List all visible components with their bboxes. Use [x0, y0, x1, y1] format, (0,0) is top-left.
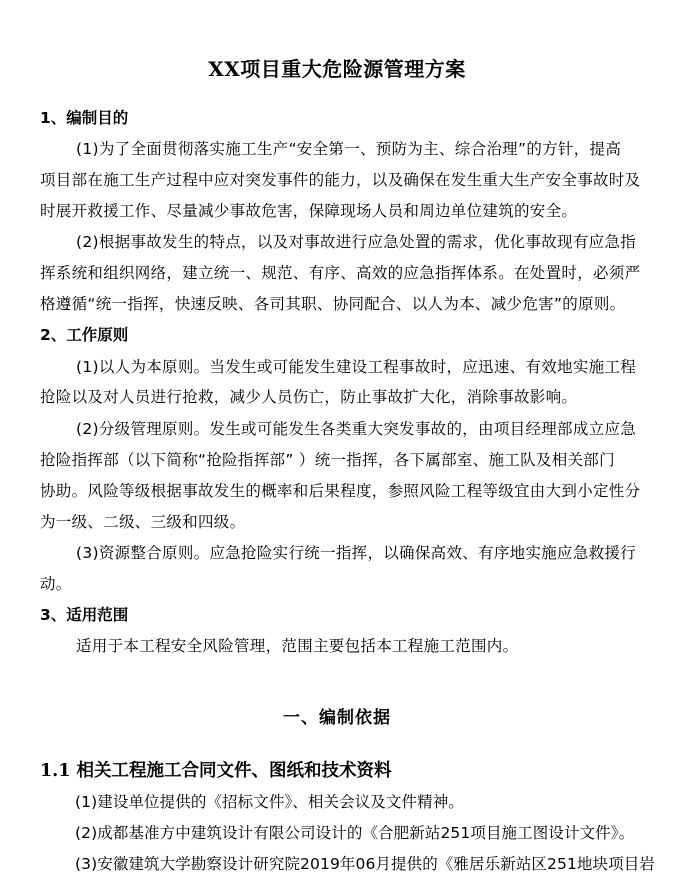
paragraph-line: 适用于本工程安全风险管理，范围主要包括本工程施工范围内。 [76, 634, 518, 656]
chapter-title: 一、编制依据 [0, 703, 674, 728]
paragraph-line: (3)资源整合原则。应急抢险实行统一指挥，以确保高效、有序地实施应急救援行 [76, 541, 636, 563]
subsection-heading: 1.1 相关工程施工合同文件、图纸和技术资料 [40, 757, 392, 782]
paragraph-line: 格遵循“统一指挥，快速反映、各司其职、协同配合、以人为本、减少危害”的原则。 [40, 292, 625, 314]
section-heading-purpose: 1、编制目的 [40, 106, 128, 128]
paragraph-line: 项目部在施工生产过程中应对突发事件的能力，以及确保在发生重大生产安全事故时及 [40, 168, 640, 190]
list-item: (1)建设单位提供的《招标文件》、相关会议及文件精神。 [75, 790, 464, 812]
paragraph-line: 抢险指挥部（以下简称“抢险指挥部” ）统一指挥，各下属部室、施工队及相关部门 [40, 448, 615, 470]
list-item: (3)安徽建筑大学勘察设计研究院2019年06月提供的《雅居乐新站区251地块项… [75, 852, 655, 874]
paragraph-line: (1)为了全面贯彻落实施工生产“安全第一、预防为主、综合治理”的方针，提高 [76, 137, 621, 159]
paragraph-line: (1)以人为本原则。当发生或可能发生建设工程事故时，应迅速、有效地实施工程 [76, 355, 636, 377]
paragraph-line: (2)根据事故发生的特点，以及对事故进行应急处置的需求，优化事故现有应急指 [76, 230, 636, 252]
document-title: XX项目重大危险源管理方案 [0, 53, 674, 82]
paragraph-line: 协助。风险等级根据事故发生的概率和后果程度，参照风险工程等级宜由大到小定性分 [40, 479, 640, 501]
section-heading-principles: 2、工作原则 [40, 323, 128, 345]
paragraph-line: 抢险以及对人员进行抢救，减少人员伤亡，防止事故扩大化，消除事故影响。 [40, 385, 577, 407]
paragraph-line: 挥系统和组织网络，建立统一、规范、有序、高效的应急指挥体系。在处置时，必须严 [40, 261, 640, 283]
paragraph-line: (2)分级管理原则。发生或可能发生各类重大突发事故的，由项目经理部成立应急 [76, 417, 636, 439]
paragraph-line: 为一级、二级、三级和四级。 [40, 510, 245, 532]
list-item: (2)成都基准方中建筑设计有限公司设计的《合肥新站251项目施工图设计文件》。 [75, 821, 634, 843]
section-heading-scope: 3、适用范围 [40, 603, 128, 625]
paragraph-line: 动。 [40, 572, 72, 594]
document-page: XX项目重大危险源管理方案 1、编制目的 (1)为了全面贯彻落实施工生产“安全第… [0, 0, 674, 896]
paragraph-line: 时展开救援工作、尽量减少事故危害，保障现场人员和周边单位建筑的安全。 [40, 199, 577, 221]
